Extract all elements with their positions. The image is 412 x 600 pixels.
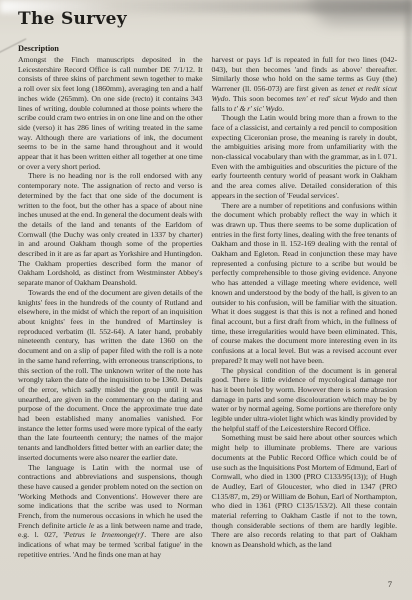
- paragraph: Towards the end of the document are give…: [18, 288, 203, 463]
- right-column-paragraphs: harvest or pays 1d' is repeated in full …: [212, 55, 398, 550]
- page-number: 7: [388, 579, 392, 589]
- two-column-text: Description Amongst the Finch manuscript…: [18, 44, 397, 570]
- left-column-paragraphs: Amongst the Finch manuscripts deposited …: [18, 55, 203, 560]
- paragraph: harvest or pays 1d' is repeated in full …: [212, 55, 398, 113]
- paragraph: There is no heading nor is the roll endo…: [18, 171, 203, 287]
- paragraph: The language is Latin with the normal us…: [18, 463, 203, 560]
- paragraph: Amongst the Finch manuscripts deposited …: [18, 55, 203, 171]
- paragraph: Though the Latin would bring more than a…: [212, 113, 398, 200]
- paragraph: The physical condition of the document i…: [212, 366, 398, 434]
- paragraph: Something must be said here about other …: [212, 433, 398, 549]
- page-content: The Survey Description Amongst the Finch…: [0, 0, 412, 570]
- scanned-book-page: The Survey Description Amongst the Finch…: [0, 0, 412, 600]
- text-column-left: Description Amongst the Finch manuscript…: [18, 44, 203, 570]
- text-column-right: harvest or pays 1d' is repeated in full …: [212, 44, 398, 570]
- section-heading: Description: [18, 44, 203, 54]
- page-title: The Survey: [18, 9, 397, 29]
- paragraph: There are a number of repetitions and co…: [212, 201, 398, 366]
